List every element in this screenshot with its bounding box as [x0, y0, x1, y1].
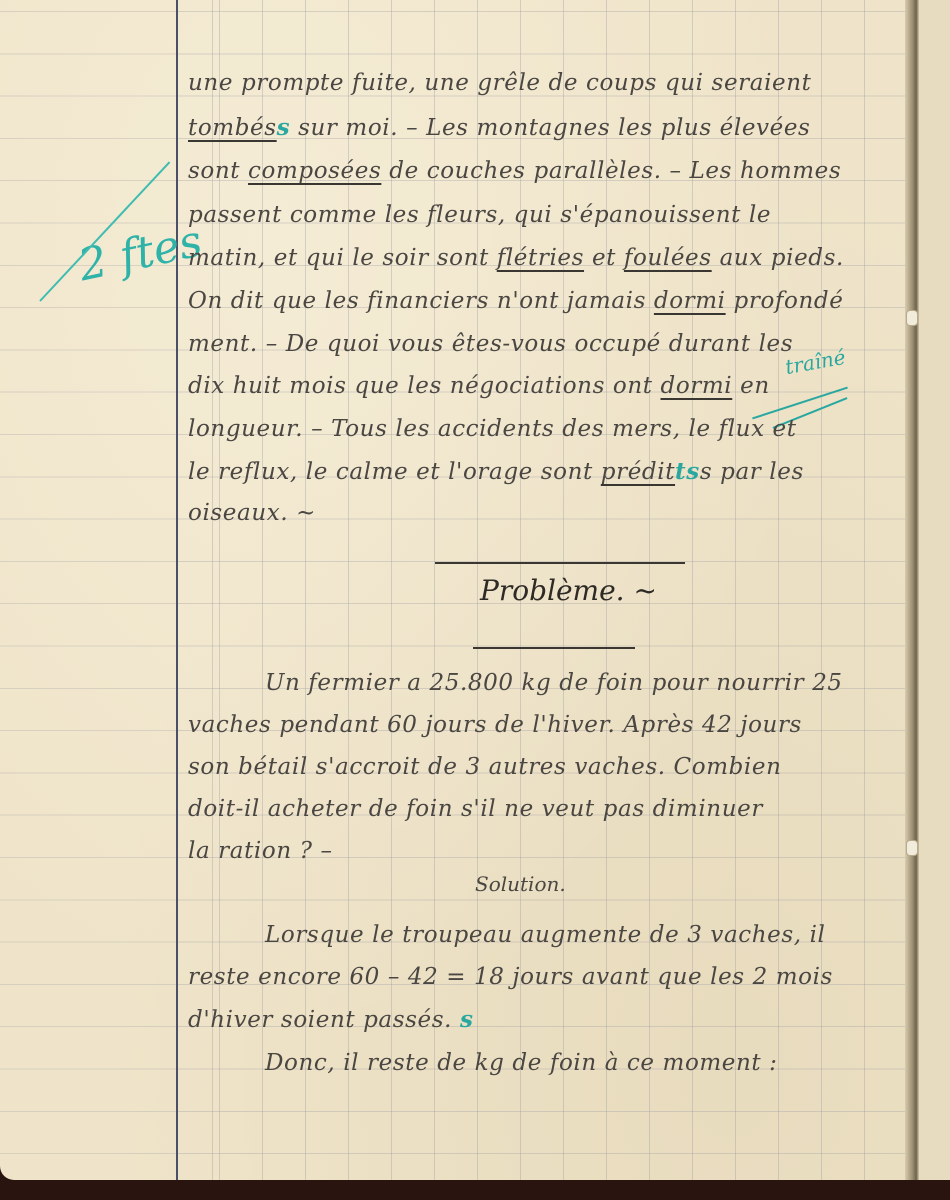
solution-title: Solution. [475, 872, 566, 896]
dictation-line: longueur. – Tous les accidents des mers,… [188, 416, 797, 442]
problem-line: doit-il acheter de foin s'il ne veut pas… [188, 796, 763, 822]
problem-line: la ration ? – [188, 838, 333, 864]
correction-mark: ts [675, 458, 700, 485]
correction-mark: s [277, 114, 291, 141]
dictation-line: une prompte fuite, une grêle de coups qu… [188, 70, 812, 96]
notebook-page: 2 ftes une prompte fuite, une grêle de c… [0, 0, 915, 1180]
dictation-line: matin, et qui le soir sont flétries et f… [188, 245, 844, 271]
solution-line: Donc, il reste de kg de foin à ce moment… [265, 1050, 778, 1076]
solution-line: reste encore 60 – 42 = 18 jours avant qu… [188, 964, 833, 990]
dictation-line: oiseaux. ~ [188, 500, 316, 526]
problem-line: vaches pendant 60 jours de l'hiver. Aprè… [188, 712, 802, 738]
facing-page-edge [919, 0, 950, 1180]
problem-line: Un fermier a 25.800 kg de foin pour nour… [265, 670, 843, 696]
problem-line: son bétail s'accroit de 3 autres vaches.… [188, 754, 782, 780]
dictation-line: dix huit mois que les négociations ont d… [188, 373, 770, 399]
dictation-line: tombéss sur moi. – Les montagnes les plu… [188, 114, 810, 141]
dictation-line: sont composées de couches parallèles. – … [188, 158, 841, 184]
solution-line: Lorsque le troupeau augmente de 3 vaches… [265, 922, 826, 948]
dictation-line: le reflux, le calme et l'orage sont préd… [188, 458, 804, 485]
margin-line [176, 0, 178, 1180]
notebook-spine [905, 0, 919, 1180]
title-rule-bottom [473, 647, 635, 649]
problem-title: Problème. ~ [480, 574, 657, 607]
correction-mark: s [460, 1006, 474, 1033]
margin-ruled-lines [0, 0, 177, 1180]
background-surface [0, 1180, 950, 1200]
title-rule-top [435, 562, 685, 564]
dictation-line: passent comme les fleurs, qui s'épanouis… [188, 202, 771, 228]
solution-line: d'hiver soient passés. s [188, 1006, 474, 1033]
binding-thread [906, 310, 918, 326]
dictation-line: On dit que les financiers n'ont jamais d… [188, 288, 843, 314]
dictation-line: ment. – De quoi vous êtes-vous occupé du… [188, 331, 793, 357]
binding-thread [906, 840, 918, 856]
